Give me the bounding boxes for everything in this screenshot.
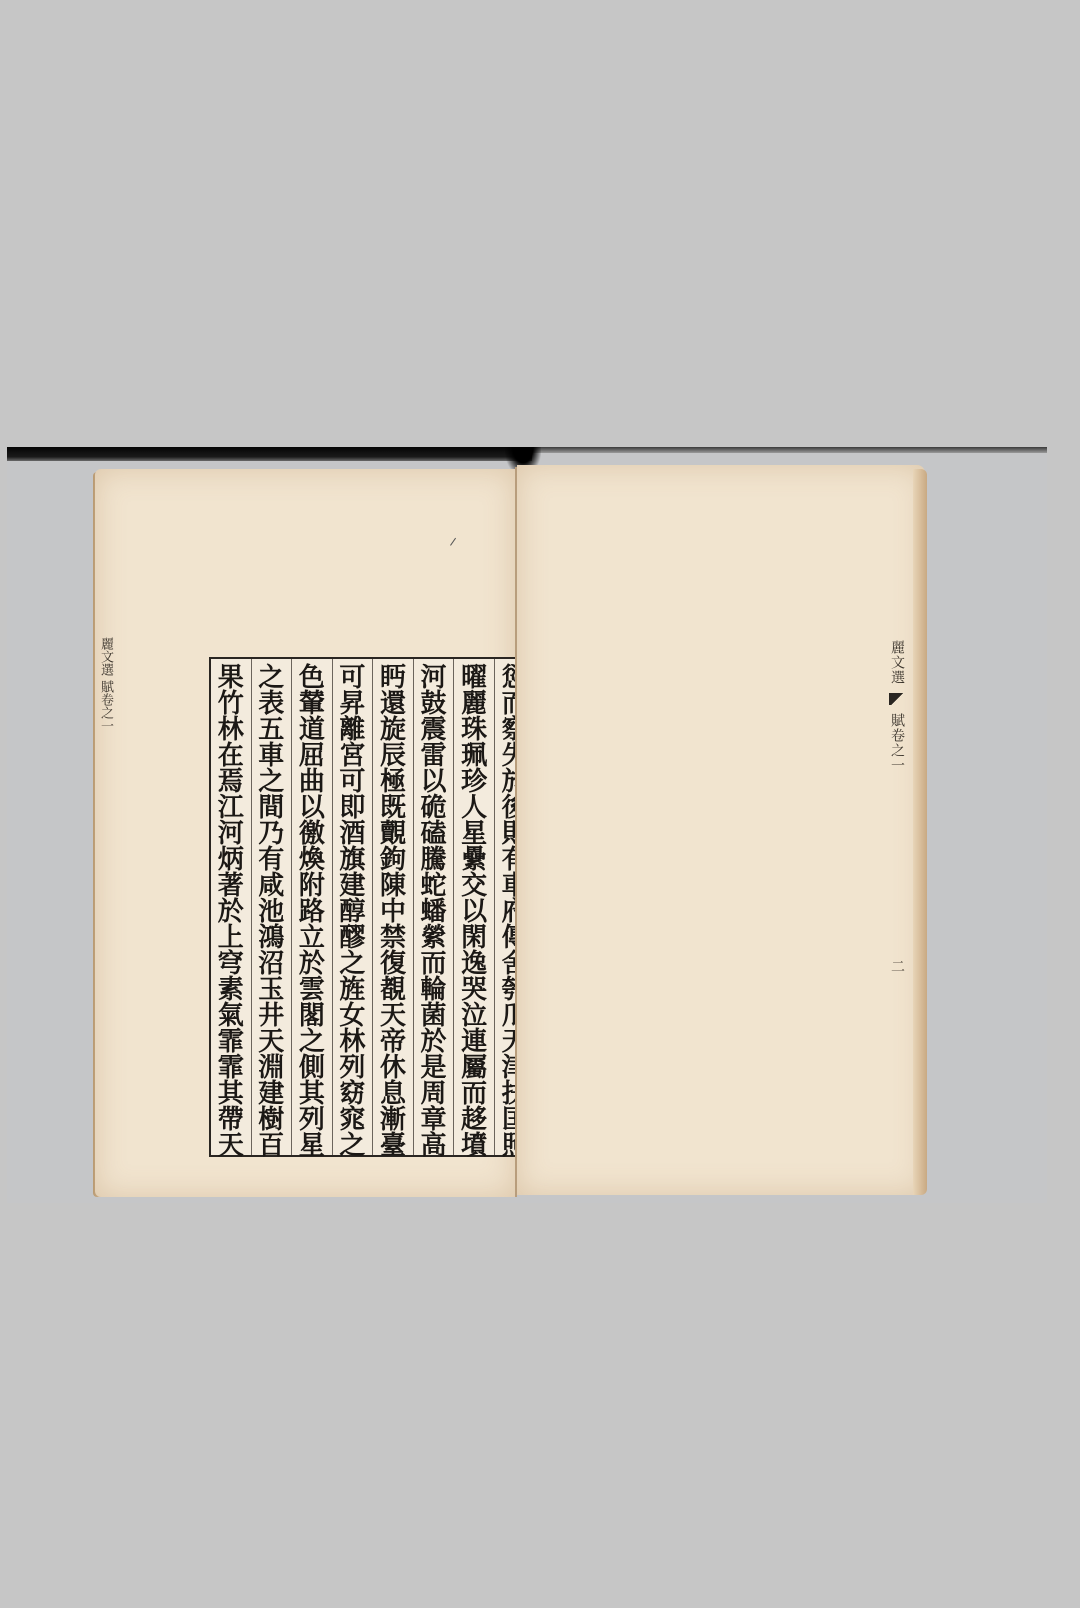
fish-tail-mark-icon: [889, 693, 905, 705]
character: 泣: [461, 1003, 487, 1029]
character: 曜: [461, 665, 487, 691]
character: 建: [339, 873, 365, 899]
character: 鼓: [421, 691, 447, 717]
character: 逸: [461, 951, 487, 977]
character: 珠: [461, 717, 487, 743]
character: 中: [380, 899, 406, 925]
character: 哭: [461, 977, 487, 1003]
character: 周: [421, 1081, 447, 1107]
character: 眄: [380, 665, 406, 691]
character: 色: [299, 665, 325, 691]
character: 宮: [339, 743, 365, 769]
character: 旋: [380, 717, 406, 743]
character: 附: [299, 873, 325, 899]
character: 輦: [299, 691, 325, 717]
margin-page-number: 二: [887, 959, 907, 974]
character: 閣: [299, 1003, 325, 1029]
character: 既: [380, 795, 406, 821]
character: 而: [461, 1081, 487, 1107]
right-fore-edge: [913, 469, 927, 1195]
character: 炳: [218, 847, 244, 873]
character: 氣: [218, 1003, 244, 1029]
character: 之: [258, 769, 284, 795]
character: 列: [339, 1055, 365, 1081]
block-heart-margin: 麗文選 賦卷之一 二: [887, 640, 907, 1144]
character: 徼: [299, 821, 325, 847]
character: 井: [258, 1003, 284, 1029]
text-column: 曜麗珠珮珍人星纍交以閑逸哭泣連屬而趍墳: [453, 659, 494, 1155]
character: 淵: [258, 1055, 284, 1081]
character: 臺: [380, 1133, 406, 1159]
character: 霏: [218, 1055, 244, 1081]
character: 墳: [461, 1133, 487, 1159]
character: 路: [299, 899, 325, 925]
ink-mark: [450, 538, 461, 549]
character: 有: [258, 847, 284, 873]
character: 可: [339, 769, 365, 795]
character: 屈: [299, 743, 325, 769]
character: 菌: [421, 1003, 447, 1029]
character: 帶: [218, 1107, 244, 1133]
character: 禁: [380, 925, 406, 951]
character: 林: [339, 1029, 365, 1055]
character: 咸: [258, 873, 284, 899]
character: 樹: [258, 1107, 284, 1133]
character: 霏: [218, 1029, 244, 1055]
character: 道: [299, 717, 325, 743]
character: 閑: [461, 925, 487, 951]
character: 鴻: [258, 925, 284, 951]
character: 高: [421, 1133, 447, 1159]
character: 珍: [461, 769, 487, 795]
character: 以: [299, 795, 325, 821]
character: 極: [380, 769, 406, 795]
character: 蟠: [421, 899, 447, 925]
character: 之: [339, 951, 365, 977]
character: 其: [299, 1081, 325, 1107]
character: 雷: [421, 743, 447, 769]
character: 於: [421, 1029, 447, 1055]
character: 星: [299, 1133, 325, 1159]
margin-volume: 賦卷之一: [887, 713, 907, 773]
character: 池: [258, 899, 284, 925]
character: 列: [299, 1107, 325, 1133]
character: 乃: [258, 821, 284, 847]
character: 可: [339, 665, 365, 691]
text-column: 色輦道屈曲以徼煥附路立於雲閣之側其列星: [291, 659, 332, 1155]
character: 陳: [380, 873, 406, 899]
left-spine-label: 麗文選 賦卷之一: [97, 637, 115, 732]
character: 女: [339, 1003, 365, 1029]
character: 天: [258, 1029, 284, 1055]
character: 林: [218, 717, 244, 743]
character: 是: [421, 1055, 447, 1081]
character: 趍: [461, 1107, 487, 1133]
character: 辰: [380, 743, 406, 769]
left-page: 秩御宮典儀女史執筆內平秉禮以伺邪天牢禁愆而察失於後則有車府傳舍匏瓜天津扶匡照曜麗…: [95, 469, 515, 1197]
character: 屬: [461, 1055, 487, 1081]
character: 煥: [299, 847, 325, 873]
character: 表: [258, 691, 284, 717]
character: 穹: [218, 951, 244, 977]
character: 側: [299, 1055, 325, 1081]
character: 交: [461, 873, 487, 899]
character: 旗: [339, 847, 365, 873]
character: 焉: [218, 769, 244, 795]
character: 醇: [339, 899, 365, 925]
character: 震: [421, 717, 447, 743]
character: 以: [461, 899, 487, 925]
character: 騰: [421, 847, 447, 873]
character: 而: [421, 951, 447, 977]
character: 曲: [299, 769, 325, 795]
character: 竹: [218, 691, 244, 717]
character: 玉: [258, 977, 284, 1003]
character: 漸: [380, 1107, 406, 1133]
text-column: 果竹林在焉江河炳著於上穹素氣霏霏其帶天: [211, 659, 251, 1155]
character: 珮: [461, 743, 487, 769]
character: 連: [461, 1029, 487, 1055]
margin-title: 麗文選: [887, 640, 907, 685]
character: 以: [421, 769, 447, 795]
character: 雲: [299, 977, 325, 1003]
character: 人: [461, 795, 487, 821]
character: 建: [258, 1081, 284, 1107]
book-photograph: 秩御宮典儀女史執筆內平秉禮以伺邪天牢禁愆而察失於後則有車府傳舍匏瓜天津扶匡照曜麗…: [7, 447, 1047, 1203]
character: 還: [380, 691, 406, 717]
character: 於: [218, 899, 244, 925]
character: 五: [258, 717, 284, 743]
character: 江: [218, 795, 244, 821]
right-page: 望灼灼群位落落幽紀設官分職罔不悉置儲貳副天庭延三吏論道納言各有攸司將相次序以衛守…: [517, 465, 925, 1195]
character: 即: [339, 795, 365, 821]
character: 上: [218, 925, 244, 951]
text-column: 之表五車之間乃有咸池鴻沼玉井天淵建樹百: [251, 659, 292, 1155]
character: 天: [218, 1133, 244, 1159]
character: 其: [218, 1081, 244, 1107]
character: 復: [380, 951, 406, 977]
character: 蛇: [421, 873, 447, 899]
character: 於: [299, 951, 325, 977]
character: 之: [299, 1029, 325, 1055]
character: 著: [218, 873, 244, 899]
character: 立: [299, 925, 325, 951]
character: 休: [380, 1055, 406, 1081]
character: 帝: [380, 1029, 406, 1055]
character: 素: [218, 977, 244, 1003]
character: 河: [218, 821, 244, 847]
character: 百: [258, 1133, 284, 1159]
text-column: 可昇離宮可即酒旗建醇醪之旌女林列窈窕之: [332, 659, 373, 1155]
character: 纍: [461, 847, 487, 873]
character: 窕: [339, 1107, 365, 1133]
character: 章: [421, 1107, 447, 1133]
character: 磕: [421, 821, 447, 847]
character: 麗: [461, 691, 487, 717]
dark-top-band: [7, 447, 532, 461]
text-column: 河鼓震雷以硊磕騰蛇蟠縈而輪菌於是周章高: [413, 659, 454, 1155]
character: 縈: [421, 925, 447, 951]
character: 之: [258, 665, 284, 691]
character: 覩: [380, 977, 406, 1003]
character: 之: [339, 1133, 365, 1159]
character: 星: [461, 821, 487, 847]
character: 果: [218, 665, 244, 691]
character: 河: [421, 665, 447, 691]
character: 酒: [339, 821, 365, 847]
character: 昇: [339, 691, 365, 717]
character: 沼: [258, 951, 284, 977]
character: 車: [258, 743, 284, 769]
character: 離: [339, 717, 365, 743]
character: 輪: [421, 977, 447, 1003]
character: 醪: [339, 925, 365, 951]
character: 在: [218, 743, 244, 769]
character: 間: [258, 795, 284, 821]
character: 窈: [339, 1081, 365, 1107]
character: 硊: [421, 795, 447, 821]
character: 息: [380, 1081, 406, 1107]
character: 鉤: [380, 847, 406, 873]
character: 覿: [380, 821, 406, 847]
character: 天: [380, 1003, 406, 1029]
text-column: 眄還旋辰極既覿鉤陳中禁復覩天帝休息漸臺: [372, 659, 413, 1155]
top-band-right: [532, 447, 1047, 453]
character: 旌: [339, 977, 365, 1003]
